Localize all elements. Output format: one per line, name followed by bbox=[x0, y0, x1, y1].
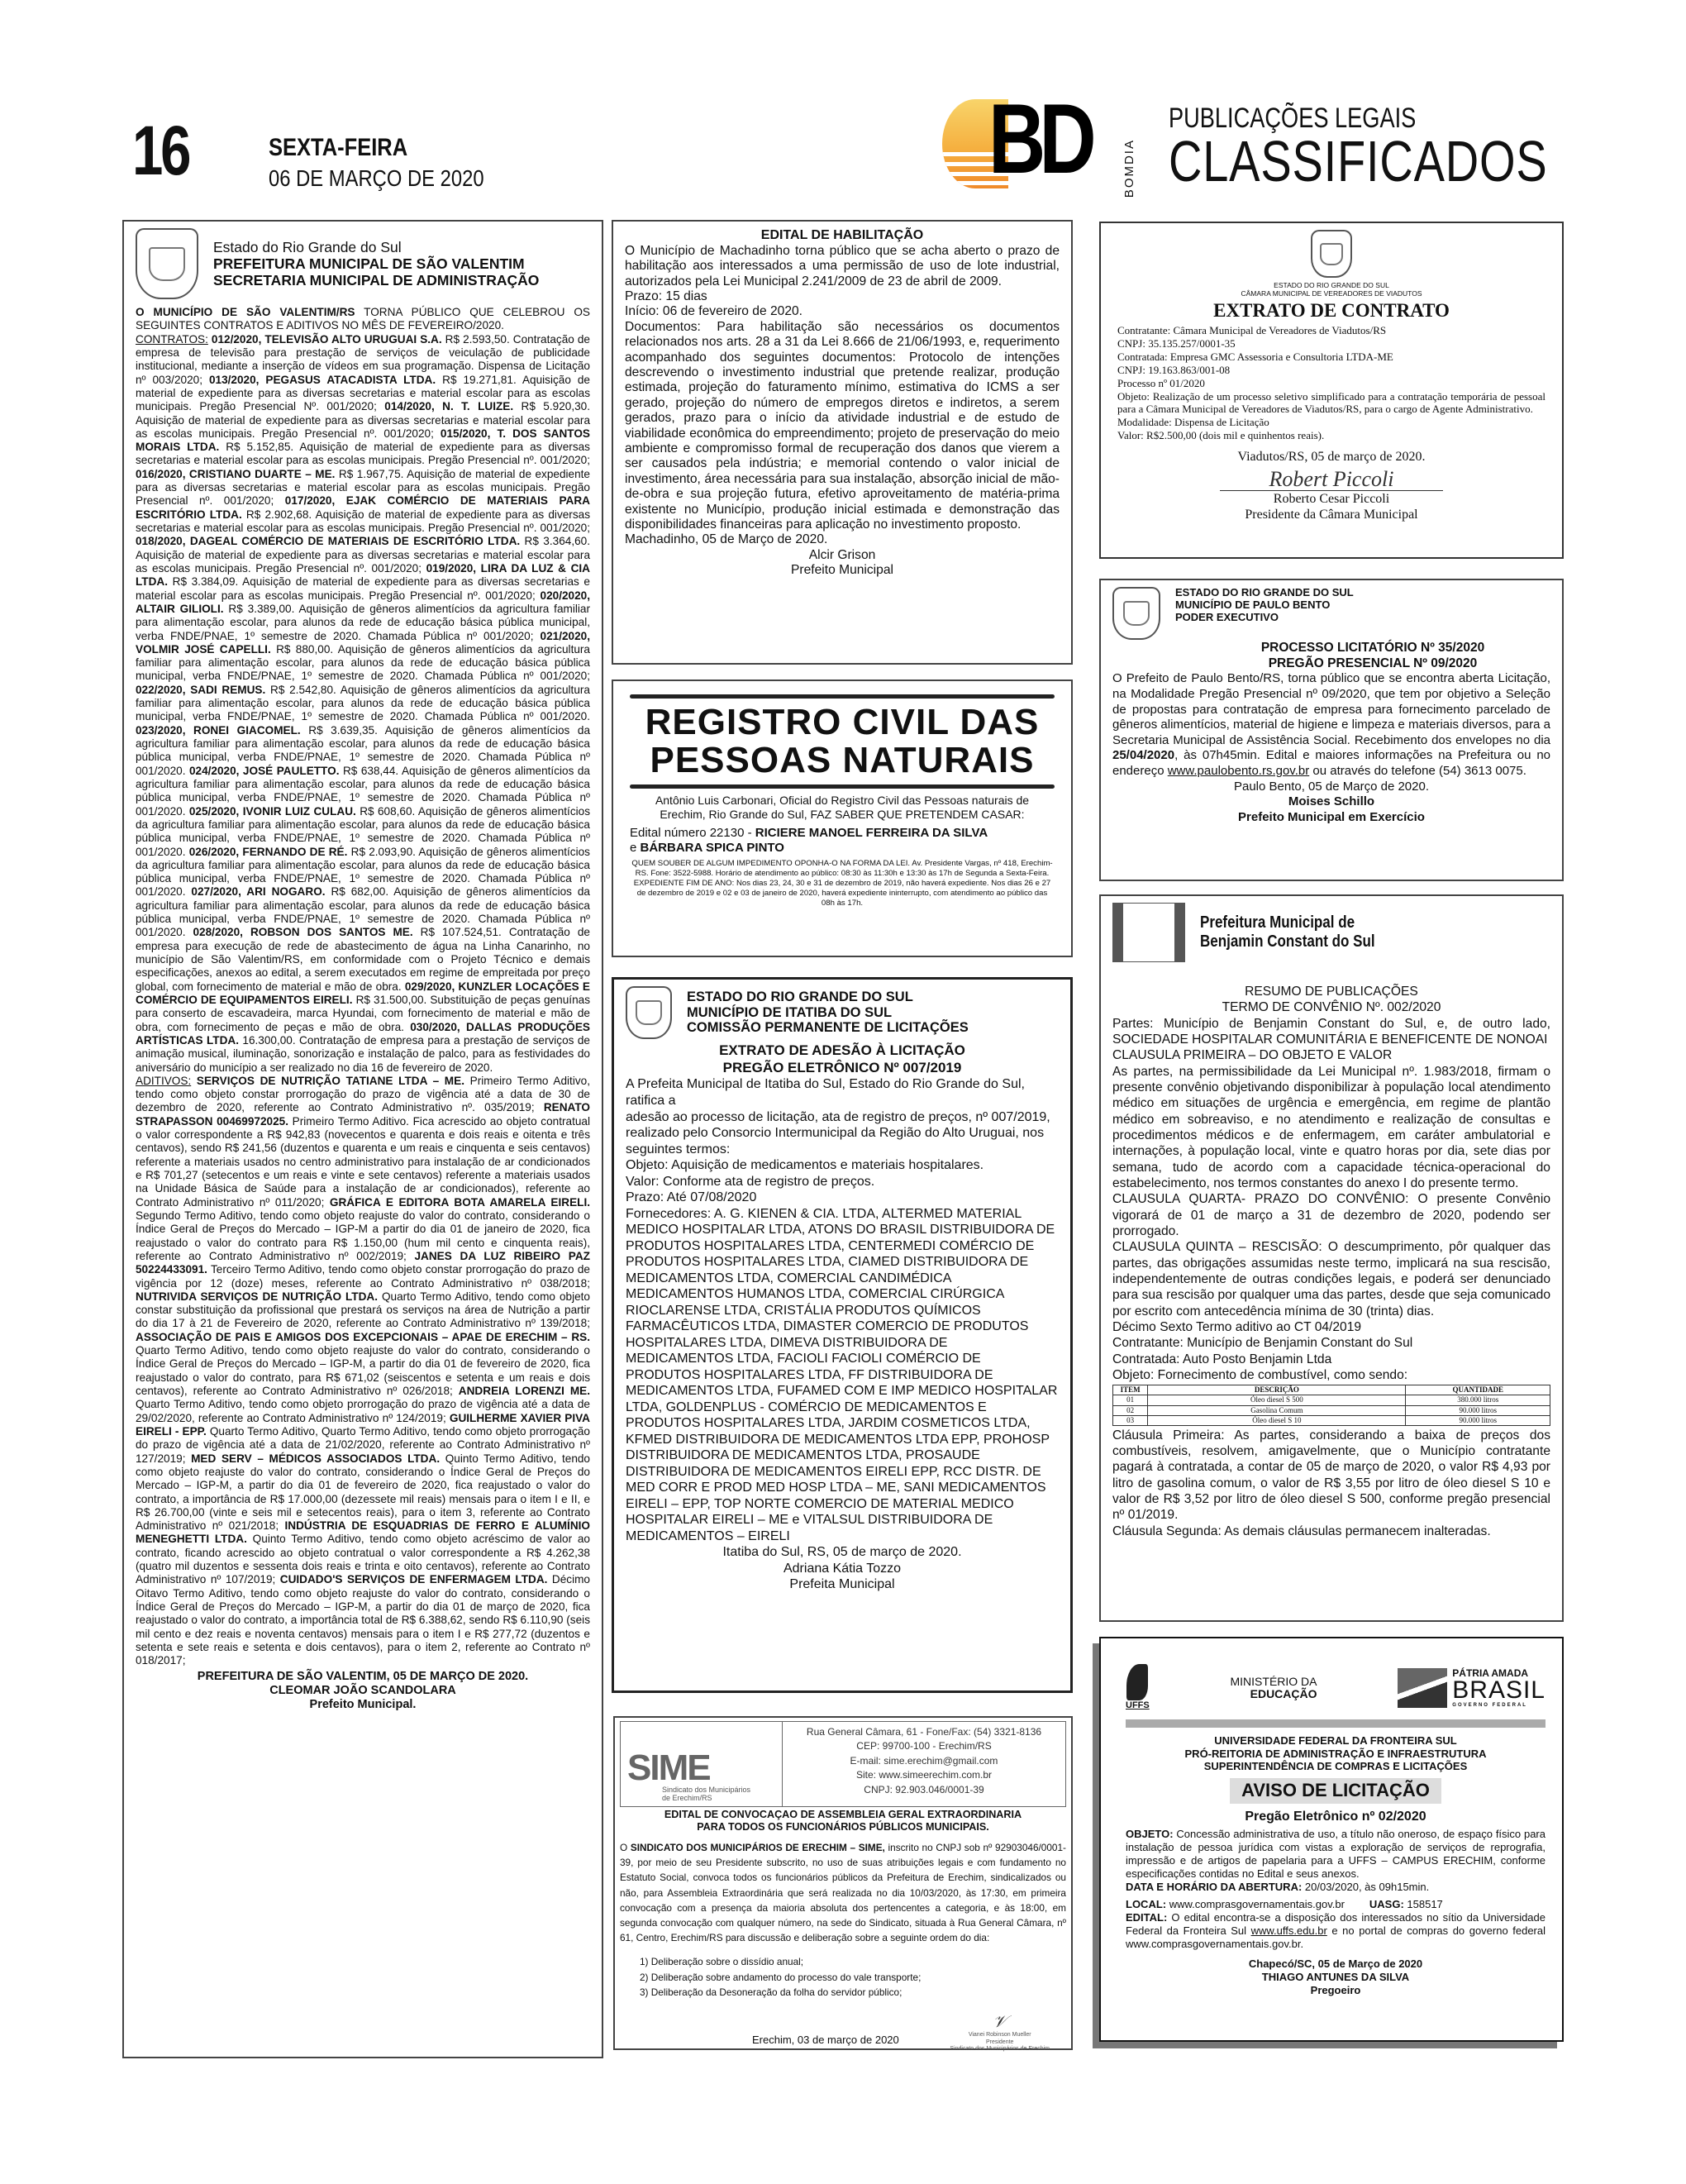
inicio: Início: 06 de fevereiro de 2020. bbox=[625, 304, 1060, 319]
signer-name: Adriana Kátia Tozzo bbox=[626, 1561, 1059, 1577]
ministerio-logo: MINISTÉRIO DA EDUCAÇÃO bbox=[1231, 1676, 1317, 1701]
logo-vertical-text: BOMDIA bbox=[1122, 139, 1136, 198]
paragraph: O Município de Machadinho torna público … bbox=[625, 244, 1060, 289]
agenda-item: 3) Deliberação da Desoneração da folha d… bbox=[640, 1985, 1066, 2000]
signature: Robert Piccoli bbox=[1220, 469, 1443, 491]
coat-of-arms-icon bbox=[1112, 587, 1160, 640]
uffs-logo: UFFS bbox=[1126, 1664, 1150, 1711]
address: Rua General Câmara, 61 - Fone/Fax: (54) … bbox=[783, 1725, 1065, 1739]
header-line: Benjamin Constant do Sul bbox=[1200, 932, 1375, 951]
prazo: Prazo: Até 07/08/2020 bbox=[626, 1190, 1059, 1206]
objeto: Objeto: Fornecimento de combustível, com… bbox=[1112, 1367, 1550, 1383]
notice-sime: SIME Sindicato dos Municipáriosde Erechi… bbox=[613, 1716, 1073, 2050]
party-name: 026/2020, FERNANDO DE RÉ. bbox=[189, 846, 348, 858]
notice-title: PESSOAS NATURAIS bbox=[630, 742, 1055, 780]
flag-icon bbox=[1398, 1668, 1447, 1708]
page-number: 16 bbox=[132, 116, 188, 185]
header-line: MUNICÍPIO DE ITATIBA DO SUL bbox=[687, 1005, 969, 1021]
cell: 380.000 litros bbox=[1406, 1395, 1550, 1405]
entry-text: Primeiro Termo Aditivo. Fica acrescido a… bbox=[136, 1115, 590, 1209]
cep: CEP: 99700-100 - Erechim/RS bbox=[783, 1739, 1065, 1753]
date-bold: 25/04/2020 bbox=[1112, 748, 1174, 762]
party-name: 028/2020, ROBSON DOS SANTOS ME. bbox=[193, 926, 412, 938]
objeto: OBJETO: Concessão administrativa de uso,… bbox=[1126, 1828, 1545, 1880]
cell: 90.000 litros bbox=[1406, 1415, 1550, 1425]
entry-text: Décimo Oitavo Termo Aditivo, tendo como … bbox=[136, 1573, 590, 1667]
party-name: 016/2020, CRISTIANO DUARTE – ME. bbox=[136, 468, 335, 480]
place-date: Itatiba do Sul, RS, 05 de março de 2020. bbox=[626, 1544, 1059, 1561]
header-line: ESTADO DO RIO GRANDE DO SUL bbox=[1175, 587, 1354, 599]
text-bold: SINDICATO DOS MUNICIPÁRIOS DE ERECHIM – … bbox=[631, 1842, 885, 1853]
contratante: Contratante: Câmara Municipal de Vereado… bbox=[1117, 324, 1545, 337]
notice-subtitle: PREGÃO ELETRÔNICO Nº 007/2019 bbox=[626, 1060, 1059, 1077]
signature-block: 𝒱 Vianei Robinson Mueller Presidente Sin… bbox=[950, 2012, 1050, 2053]
partes: Partes: Município de Benjamin Constant d… bbox=[1112, 1016, 1550, 1048]
text: www.comprasgovernamentais.gov.br bbox=[1166, 1898, 1345, 1910]
paragraph: O Prefeito de Paulo Bento/RS, torna públ… bbox=[1112, 671, 1550, 779]
data-abertura: DATA E HORÁRIO DA ABERTURA: 20/03/2020, … bbox=[1126, 1881, 1545, 1894]
contratada: Contratada: Empresa GMC Assessoria e Con… bbox=[1117, 350, 1545, 364]
clause: CLAUSULA QUINTA – RESCISÃO: O descumprim… bbox=[1112, 1239, 1550, 1319]
aditivos-label: ADITIVOS: bbox=[136, 1075, 191, 1087]
signer-name: Moises Schillo bbox=[1112, 794, 1550, 810]
notice-benjamin-constant: Prefeitura Municipal de Benjamin Constan… bbox=[1099, 894, 1564, 1622]
notice-title: PROCESSO LICITATÓRIO Nº 35/2020 bbox=[1195, 640, 1550, 656]
header-line: CÂMARA MUNICIPAL DE VEREADORES DE VIADUT… bbox=[1117, 289, 1545, 298]
signer-name: Roberto Cesar Piccoli bbox=[1117, 491, 1545, 508]
party-name: NUTRIVIDA SERVIÇOS DE NUTRIÇÃO LTDA. bbox=[136, 1290, 378, 1303]
notice-title: EXTRATO DE CONTRATO bbox=[1117, 299, 1545, 322]
header-line: COMISSÃO PERMANENTE DE LICITAÇÕES bbox=[687, 1020, 969, 1036]
contact-info: Rua General Câmara, 61 - Fone/Fax: (54) … bbox=[783, 1722, 1065, 1806]
party-name: 023/2020, RONEI GIACOMEL. bbox=[136, 724, 301, 737]
closing-line: PREFEITURA DE SÃO VALENTIM, 05 DE MARÇO … bbox=[136, 1670, 590, 1684]
agenda-item: 1) Deliberação sobre o dissídio anual; bbox=[640, 1954, 1066, 1970]
logo-text: EDUCAÇÃO bbox=[1231, 1688, 1317, 1700]
documentos: Documentos: Para habilitação são necessá… bbox=[625, 320, 1060, 532]
text: 158517 bbox=[1404, 1898, 1443, 1910]
header-line: PREFEITURA MUNICIPAL DE SÃO VALENTIM bbox=[213, 255, 539, 272]
cell: 90.000 litros bbox=[1406, 1405, 1550, 1415]
party-name: ASSOCIAÇÃO DE PAIS E AMIGOS DOS EXCEPCIO… bbox=[136, 1331, 590, 1343]
party-name: 014/2020, N. T. LUIZE. bbox=[384, 400, 513, 412]
label: UASG: bbox=[1369, 1898, 1404, 1910]
website-link[interactable]: www.uffs.edu.br bbox=[1251, 1924, 1327, 1937]
notice-title: EDITAL DE HABILITAÇÃO bbox=[625, 228, 1060, 244]
contratos-label: CONTRATOS: bbox=[136, 333, 208, 346]
header-line: PRÓ-REITORIA DE ADMINISTRAÇÃO E INFRAEST… bbox=[1126, 1748, 1545, 1761]
divider bbox=[630, 694, 1055, 699]
party-name: 025/2020, IVONIR LUIZ CULAU. bbox=[189, 805, 356, 818]
place-date: Paulo Bento, 05 de Março de 2020. bbox=[1112, 780, 1550, 795]
notice-subtitle: Pregão Eletrônico nº 02/2020 bbox=[1126, 1809, 1545, 1825]
cell: Óleo diesel S 500 bbox=[1148, 1395, 1406, 1405]
signer-name: THIAGO ANTUNES DA SILVA bbox=[1126, 1971, 1545, 1984]
cnpj: CNPJ: 19.163.863/001-08 bbox=[1117, 364, 1545, 377]
clause: Cláusula Segunda: As demais cláusulas pe… bbox=[1112, 1524, 1550, 1539]
header-line: MUNICÍPIO DE PAULO BENTO bbox=[1175, 599, 1354, 612]
entry-text: R$ 3.384,09. Aquisição de material de ex… bbox=[136, 575, 590, 601]
edital-line: Edital número 22130 - RICIERE MANOEL FER… bbox=[630, 826, 1055, 855]
column-header: ITEM bbox=[1113, 1385, 1148, 1395]
party-name: SERVIÇOS DE NUTRIÇÃO TATIANE LTDA – ME. bbox=[197, 1075, 464, 1087]
signer-role: Presidente bbox=[950, 2039, 1050, 2046]
table-row: 01Óleo diesel S 500380.000 litros bbox=[1113, 1395, 1550, 1405]
cell: 01 bbox=[1113, 1395, 1148, 1405]
logo-letters: BD bbox=[988, 89, 1090, 188]
party-name: 022/2020, SADI REMUS. bbox=[136, 684, 265, 696]
website-link[interactable]: www.paulobento.rs.gov.br bbox=[1168, 764, 1309, 778]
notice-title: AVISO DE LICITAÇÃO bbox=[1230, 1778, 1441, 1804]
notice-title: REGISTRO CIVIL DAS bbox=[630, 703, 1055, 742]
contratada: Contratada: Auto Posto Benjamin Ltda bbox=[1112, 1352, 1550, 1367]
text: 20/03/2020, às 09h15min. bbox=[1302, 1881, 1429, 1893]
notice-title: EDITAL DE CONVOCAÇAO DE ASSEMBLEIA GERAL… bbox=[620, 1809, 1066, 1821]
coat-of-arms-icon bbox=[1311, 230, 1352, 278]
weekday: SEXTA-FEIRA bbox=[269, 134, 407, 162]
signer-name: CLEOMAR JOÃO SCANDOLARA bbox=[136, 1684, 590, 1698]
notice-itatiba: ESTADO DO RIO GRANDE DO SUL MUNICÍPIO DE… bbox=[612, 977, 1073, 1693]
notice-machadinho: EDITAL DE HABILITAÇÃO O Município de Mac… bbox=[612, 220, 1073, 665]
party-name: 018/2020, DAGEAL COMÉRCIO DE MATERIAIS D… bbox=[136, 535, 520, 547]
coat-of-arms-icon bbox=[626, 986, 672, 1039]
party-name: GRÁFICA E EDITORA BOTA AMARELA EIRELI. bbox=[330, 1196, 590, 1209]
text: inscrito no CNPJ sob nº 92903046/0001-39… bbox=[620, 1842, 1066, 1944]
contratante: Contratante: Município de Benjamin Const… bbox=[1112, 1335, 1550, 1351]
logo-text: UFFS bbox=[1126, 1700, 1150, 1711]
notice-title: RESUMO DE PUBLICAÇÕES bbox=[1112, 984, 1550, 999]
place-date: Erechim, 03 de março de 2020 bbox=[752, 2034, 899, 2046]
notice-subtitle: PREGÃO PRESENCIAL Nº 09/2020 bbox=[1195, 656, 1550, 671]
cell: 03 bbox=[1113, 1415, 1148, 1425]
notice-viadutos: ESTADO DO RIO GRANDE DO SUL CÂMARA MUNIC… bbox=[1099, 222, 1564, 559]
groom-name: RICIERE MANOEL FERREIRA DA SILVA bbox=[755, 826, 988, 840]
notice-uffs: UFFS MINISTÉRIO DA EDUCAÇÃO PÁTRIA AMADA… bbox=[1099, 1637, 1564, 2042]
party-name: 013/2020, PEGASUS ATACADISTA LTDA. bbox=[209, 374, 436, 386]
intro-bold: O MUNICÍPIO DE SÃO VALENTIM/RS bbox=[136, 306, 355, 318]
divider bbox=[630, 784, 1055, 789]
column-header: DESCRIÇÃO bbox=[1148, 1385, 1406, 1395]
signer-role: Prefeito Municipal bbox=[625, 563, 1060, 578]
notice-title: PARA TODOS OS FUNCIONÁRIOS PÚBLICOS MUNI… bbox=[620, 1821, 1066, 1834]
signer-name: Vianei Robinson Mueller bbox=[950, 2032, 1050, 2039]
paragraph: A Prefeita Municipal de Itatiba do Sul, … bbox=[626, 1076, 1059, 1109]
notice-subtitle: TERMO DE CONVÊNIO Nº. 002/2020 bbox=[1112, 999, 1550, 1015]
cell: 02 bbox=[1113, 1405, 1148, 1415]
place-date: Machadinho, 05 de Março de 2020. bbox=[625, 532, 1060, 547]
text: Concessão administrativa de uso, a títul… bbox=[1126, 1828, 1545, 1880]
signer-role: Presidente da Câmara Municipal bbox=[1117, 507, 1545, 523]
clause: As partes, na permissibilidade da Lei Mu… bbox=[1112, 1064, 1550, 1192]
label: OBJETO: bbox=[1126, 1828, 1174, 1840]
label: EDITAL: bbox=[1126, 1911, 1167, 1924]
sime-header: SIME Sindicato dos Municipáriosde Erechi… bbox=[620, 1721, 1066, 1807]
paragraph: O SINDICATO DOS MUNICIPÁRIOS DE ERECHIM … bbox=[620, 1840, 1066, 1946]
signer-role: Sindicato dos Municipários de Erechim bbox=[950, 2046, 1050, 2053]
header-line: SUPERINTENDÊNCIA DE COMPRAS E LICITAÇÕES bbox=[1126, 1760, 1545, 1773]
sime-logo: SIME Sindicato dos Municipáriosde Erechi… bbox=[621, 1722, 783, 1806]
signer-role: Prefeito Municipal em Exercício bbox=[1112, 810, 1550, 826]
logo-text: MINISTÉRIO DA bbox=[1231, 1676, 1317, 1688]
signer-role: Pregoeiro bbox=[1126, 1984, 1545, 1997]
logo-subtitle: de Erechim/RS bbox=[662, 1795, 750, 1803]
clause-title: CLAUSULA PRIMEIRA – DO OBJETO E VALOR bbox=[1112, 1047, 1550, 1063]
paragraph: adesão ao processo de licitação, ata de … bbox=[626, 1109, 1059, 1158]
place-date: Chapecó/SC, 05 de Março de 2020 bbox=[1126, 1957, 1545, 1971]
party-name: MED SERV – MÉDICOS ASSOCIADOS LTDA. bbox=[191, 1452, 440, 1465]
website: Site: www.simeerechim.com.br bbox=[783, 1768, 1065, 1782]
footer-note: QUEM SOUBER DE ALGUM IMPEDIMENTO OPONHA-… bbox=[630, 859, 1055, 908]
objeto: Objeto: Aquisição de medicamentos e mate… bbox=[626, 1157, 1059, 1174]
objeto: Objeto: Realização de um processo seleti… bbox=[1117, 390, 1545, 417]
valor: Valor: Conforme ata de registro de preço… bbox=[626, 1174, 1059, 1190]
clause: CLAUSULA QUARTA- PRAZO DO CONVÊNIO: O pr… bbox=[1112, 1191, 1550, 1239]
header-line: Estado do Rio Grande do Sul bbox=[213, 239, 539, 255]
header-line: ESTADO DO RIO GRANDE DO SUL bbox=[1117, 281, 1545, 289]
header-line: PODER EXECUTIVO bbox=[1175, 612, 1354, 624]
table-row: 02Gasolina Comum90.000 litros bbox=[1113, 1405, 1550, 1415]
edital: EDITAL: O edital encontra-se a disposiçã… bbox=[1126, 1911, 1545, 1951]
signer-name: Alcir Grison bbox=[625, 548, 1060, 563]
agenda-item: 2) Deliberação sobre andamento do proces… bbox=[640, 1970, 1066, 1986]
flame-icon bbox=[1126, 1664, 1148, 1700]
place-date: Viadutos/RS, 05 de março de 2020. bbox=[1117, 449, 1545, 465]
coat-of-arms-icon bbox=[1112, 903, 1185, 962]
label: DATA E HORÁRIO DA ABERTURA: bbox=[1126, 1881, 1302, 1893]
section-title: CLASSIFICADOS bbox=[1169, 132, 1548, 190]
party-name: 024/2020, JOSÉ PAULETTO. bbox=[189, 765, 340, 777]
text: O bbox=[620, 1842, 631, 1853]
local: LOCAL: www.comprasgovernamentais.gov.brU… bbox=[1126, 1898, 1545, 1911]
text: ou através do telefone (54) 3613 0075. bbox=[1309, 764, 1526, 778]
aditivo-title: Décimo Sexto Termo aditivo ao CT 04/2019 bbox=[1112, 1319, 1550, 1335]
party-name: CUIDADO'S SERVIÇOS DE ENFERMAGEM LTDA. bbox=[280, 1573, 548, 1586]
valor: Valor: R$2.500,00 (dois mil e quinhentos… bbox=[1117, 429, 1545, 442]
conjunction: e bbox=[630, 841, 641, 855]
header-line: Prefeitura Municipal de bbox=[1200, 913, 1375, 932]
notice-title: EXTRATO DE ADESÃO À LICITAÇÃO bbox=[626, 1042, 1059, 1060]
notice-sao-valentim: Estado do Rio Grande do Sul PREFEITURA M… bbox=[122, 220, 603, 2058]
party-name: ANDREIA LORENZI ME. bbox=[459, 1385, 590, 1397]
brasil-logo: PÁTRIA AMADA BRASIL GOVERNO FEDERAL bbox=[1398, 1668, 1545, 1708]
logo-text: BRASIL bbox=[1452, 1678, 1545, 1703]
signature: 𝒱 bbox=[950, 2012, 1050, 2032]
column-header: QUANTIDADE bbox=[1406, 1385, 1550, 1395]
label: LOCAL: bbox=[1126, 1898, 1166, 1910]
modalidade: Modalidade: Dispensa de Licitação bbox=[1117, 416, 1545, 429]
text: O Prefeito de Paulo Bento/RS, torna públ… bbox=[1112, 671, 1550, 746]
party-name: 027/2020, ARI NOGARO. bbox=[191, 885, 325, 898]
cell: Óleo diesel S 10 bbox=[1148, 1415, 1406, 1425]
cnpj: CNPJ: 92.903.046/0001-39 bbox=[783, 1783, 1065, 1797]
clause: Cláusula Primeira: As partes, consideran… bbox=[1112, 1428, 1550, 1524]
coat-of-arms-icon bbox=[136, 228, 198, 299]
table-header-row: ITEM DESCRIÇÃO QUANTIDADE bbox=[1113, 1385, 1550, 1395]
intro: Antônio Luis Carbonari, Oficial do Regis… bbox=[630, 794, 1055, 821]
processo: Processo nº 01/2020 bbox=[1117, 377, 1545, 390]
notice-registro-civil: REGISTRO CIVIL DAS PESSOAS NATURAIS Antô… bbox=[612, 680, 1073, 957]
edital-prefix: Edital número 22130 - bbox=[630, 826, 755, 840]
party-name: 012/2020, TELEVISÃO ALTO URUGUAI S.A. bbox=[212, 333, 442, 346]
notice-paulo-bento: ESTADO DO RIO GRANDE DO SUL MUNICÍPIO DE… bbox=[1099, 579, 1564, 881]
cell: Gasolina Comum bbox=[1148, 1405, 1406, 1415]
fornecedores: Fornecedores: A. G. KIENEN & CIA. LTDA, … bbox=[626, 1206, 1059, 1545]
fuel-table: ITEM DESCRIÇÃO QUANTIDADE 01Óleo diesel … bbox=[1112, 1385, 1550, 1426]
signer-role: Prefeita Municipal bbox=[626, 1576, 1059, 1593]
header-line: ESTADO DO RIO GRANDE DO SUL bbox=[687, 989, 969, 1005]
bride-name: BÁRBARA SPICA PINTO bbox=[641, 841, 784, 855]
email: E-mail: sime.erechim@gmail.com bbox=[783, 1754, 1065, 1768]
header-line: SECRETARIA MUNICIPAL DE ADMINISTRAÇÃO bbox=[213, 272, 539, 288]
bomdia-logo: BD BOMDIA bbox=[942, 99, 1165, 190]
issue-date: 06 DE MARÇO DE 2020 bbox=[269, 165, 484, 192]
signer-role: Prefeito Municipal. bbox=[136, 1698, 590, 1712]
divider bbox=[1126, 1719, 1545, 1728]
cnpj: CNPJ: 35.135.257/0001-35 bbox=[1117, 337, 1545, 350]
logo-word: SIME bbox=[627, 1747, 710, 1790]
prazo: Prazo: 15 dias bbox=[625, 289, 1060, 304]
table-row: 03Óleo diesel S 1090.000 litros bbox=[1113, 1415, 1550, 1425]
notice-body: O MUNICÍPIO DE SÃO VALENTIM/RS TORNA PÚB… bbox=[136, 306, 590, 1668]
masthead: 16 SEXTA-FEIRA 06 DE MARÇO DE 2020 BD BO… bbox=[0, 0, 1686, 207]
header-line: UNIVERSIDADE FEDERAL DA FRONTEIRA SUL bbox=[1126, 1734, 1545, 1748]
